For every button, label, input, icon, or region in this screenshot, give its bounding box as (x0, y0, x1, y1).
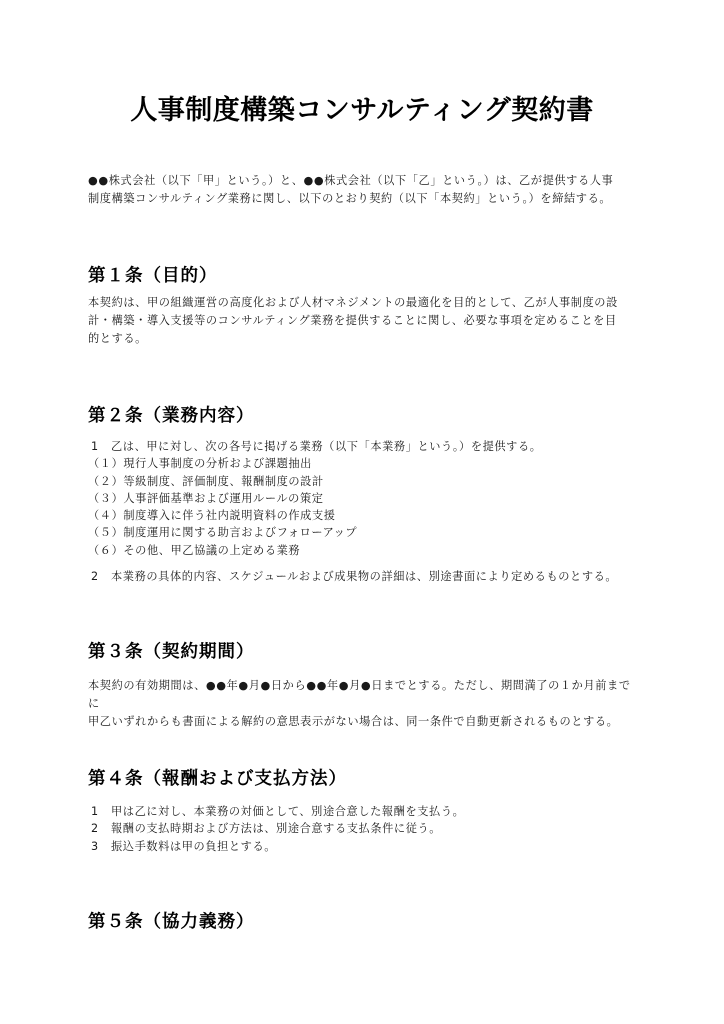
clause-text: 甲は乙に対し、本業務の対価として、別途合意した報酬を支払う。 (111, 805, 464, 818)
clause-2: 2本業務の具体的内容、スケジュールおよび成果物の詳細は、別途書面により定めるもの… (88, 568, 648, 585)
article-5-heading: 第５条（協力義務） (88, 908, 255, 933)
article-2-list: 1乙は、甲に対し、次の各号に掲げる業務（以下「本業務」という。）を提供する。 （… (88, 438, 648, 559)
article-2-heading: 第２条（業務内容） (88, 402, 255, 427)
document-page: 人事制度構築コンサルティング契約書 ●●株式会社（以下「甲」という。）と、●●株… (0, 0, 724, 1024)
clause-number: 2 (88, 820, 111, 837)
list-item: （３）人事評価基準および運用ルールの策定 (88, 490, 648, 507)
document-title: 人事制度構築コンサルティング契約書 (0, 88, 724, 127)
clause-2: 2報酬の支払時期および方法は、別途合意する支払条件に従う。 (88, 820, 648, 837)
body-line: 甲乙いずれからも書面による解約の意思表示がない場合は、同一条件で自動更新されるも… (88, 713, 640, 731)
list-item: （６）その他、甲乙協議の上定める業務 (88, 542, 648, 559)
list-item: （１）現行人事制度の分析および課題抽出 (88, 455, 648, 472)
body-line: 本契約の有効期間は、●●年●月●日から●●年●月●日までとする。ただし、期間満了… (88, 677, 640, 713)
body-line: 的とする。 (88, 330, 640, 348)
clause-1: 1甲は乙に対し、本業務の対価として、別途合意した報酬を支払う。 (88, 803, 648, 820)
body-line: 本契約は、甲の組織運営の高度化および人材マネジメントの最適化を目的として、乙が人… (88, 294, 640, 312)
clause-text: 報酬の支払時期および方法は、別途合意する支払条件に従う。 (111, 822, 441, 835)
clause-number: 3 (88, 838, 111, 855)
article-2-clause-2: 2本業務の具体的内容、スケジュールおよび成果物の詳細は、別途書面により定めるもの… (88, 568, 648, 585)
preamble: ●●株式会社（以下「甲」という。）と、●●株式会社（以下「乙」という。）は、乙が… (88, 172, 640, 208)
clause-1: 1乙は、甲に対し、次の各号に掲げる業務（以下「本業務」という。）を提供する。 (88, 438, 648, 455)
preamble-line: 制度構築コンサルティング業務に関し、以下のとおり契約（以下「本契約」という。）を… (88, 190, 640, 208)
list-item: （４）制度導入に伴う社内説明資料の作成支援 (88, 507, 648, 524)
clause-number: 1 (88, 438, 111, 455)
article-3-body: 本契約の有効期間は、●●年●月●日から●●年●月●日までとする。ただし、期間満了… (88, 677, 640, 731)
article-1-body: 本契約は、甲の組織運営の高度化および人材マネジメントの最適化を目的として、乙が人… (88, 294, 640, 348)
article-1-heading: 第１条（目的） (88, 262, 218, 287)
article-4-list: 1甲は乙に対し、本業務の対価として、別途合意した報酬を支払う。 2報酬の支払時期… (88, 803, 648, 855)
clause-number: 1 (88, 803, 111, 820)
preamble-line: ●●株式会社（以下「甲」という。）と、●●株式会社（以下「乙」という。）は、乙が… (88, 172, 640, 190)
clause-3: 3振込手数料は甲の負担とする。 (88, 838, 648, 855)
clause-text: 乙は、甲に対し、次の各号に掲げる業務（以下「本業務」という。）を提供する。 (111, 440, 542, 453)
article-3-heading: 第３条（契約期間） (88, 638, 255, 663)
body-line: 計・構築・導入支援等のコンサルティング業務を提供することに関し、必要な事項を定め… (88, 312, 640, 330)
clause-number: 2 (88, 568, 111, 585)
clause-text: 振込手数料は甲の負担とする。 (111, 840, 276, 853)
list-item: （５）制度運用に関する助言およびフォローアップ (88, 524, 648, 541)
clause-text: 本業務の具体的内容、スケジュールおよび成果物の詳細は、別途書面により定めるものと… (111, 570, 617, 583)
list-item: （２）等級制度、評価制度、報酬制度の設計 (88, 473, 648, 490)
article-4-heading: 第４条（報酬および支払方法） (88, 765, 347, 790)
